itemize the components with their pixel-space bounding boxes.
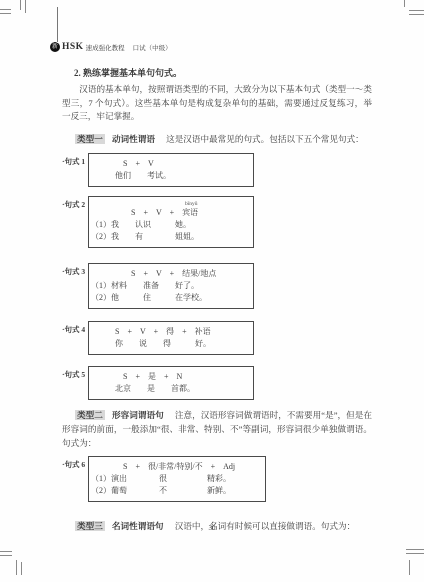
page-number: 30	[0, 524, 424, 532]
pattern-6: ·句式 6 S + 很/非常/特别/不 + Adj （1）演出 很 精彩。 （2…	[62, 456, 372, 502]
pattern-4-label: ·句式 4	[62, 321, 88, 335]
print-mark	[0, 13, 11, 14]
pattern-1: ·句式 1 S + V 他们 考试。	[62, 153, 372, 187]
type2-badge: 类型二	[75, 410, 105, 420]
pattern-3: ·句式 3 S + V + 结果/地点 （1）材料 准备 好了。 （2）他 住 …	[62, 263, 372, 309]
pattern-formula: S + V + 宾语	[91, 207, 251, 219]
pattern-example: （1）我 认识 她。	[91, 219, 251, 231]
pattern-example: 他们 考试。	[91, 170, 251, 182]
logo-title: HSK	[62, 42, 84, 52]
type2-paragraph: 类型二 形容词谓语句 注意，汉语形容词做谓语时，不需要用“是”，但是在形容词的前…	[62, 409, 372, 450]
print-mark	[25, 0, 26, 13]
pattern-formula: S + 是 + N	[91, 371, 251, 383]
intro-paragraph: 汉语的基本单句，按照谓语类型的不同，大致分为以下基本句式（类型一～类型三，7 个…	[62, 83, 372, 124]
pattern-3-label: ·句式 3	[62, 263, 88, 277]
pattern-formula: S + V + 结果/地点	[91, 268, 251, 280]
print-mark	[409, 10, 424, 11]
pattern-example: 你 说 得 好。	[91, 338, 251, 350]
print-mark	[406, 553, 424, 554]
page-content: 2. 熟练掌握基本单句句式。 汉语的基本单句，按照谓语类型的不同，大致分为以下基…	[62, 66, 372, 534]
print-mark	[21, 562, 22, 575]
type1-title: 动词性谓语	[112, 134, 155, 144]
type2-description: 注意，汉语形容词做谓语时，不需要用“是”，但是在形容词的前面，一般添加“很、非常…	[62, 410, 372, 447]
logo-edition: 口试（中级）	[133, 43, 172, 52]
section-heading: 2. 熟练掌握基本单句句式。	[74, 66, 372, 79]
pattern-5: ·句式 5 S + 是 + N 北京 是 首都。	[62, 366, 372, 400]
print-mark	[404, 0, 405, 7]
pattern-5-label: ·句式 5	[62, 366, 88, 380]
page-header: 新 HSK 速成强化教程 口试（中级）	[50, 41, 172, 53]
print-mark	[0, 551, 12, 552]
pattern-example: （2）葡萄 不 新鲜。	[91, 485, 263, 497]
pattern-2-box: bīnyǔ S + V + 宾语 （1）我 认识 她。 （2）我 有 姐姐。	[88, 196, 254, 248]
pattern-6-label: ·句式 6	[62, 456, 88, 470]
pattern-2: ·句式 2 bīnyǔ S + V + 宾语 （1）我 认识 她。 （2）我 有…	[62, 196, 372, 248]
pattern-formula: S + V + 得 + 补语	[91, 326, 251, 338]
type1-badge: 类型一	[75, 134, 105, 144]
type2-title: 形容词谓语句	[112, 410, 164, 420]
print-mark	[406, 549, 424, 550]
pattern-6-box: S + 很/非常/特别/不 + Adj （1）演出 很 精彩。 （2）葡萄 不 …	[88, 456, 266, 502]
pattern-example: （1）演出 很 精彩。	[91, 473, 263, 485]
print-mark	[409, 560, 410, 575]
pattern-formula: S + 很/非常/特别/不 + Adj	[91, 461, 263, 473]
pattern-4-box: S + V + 得 + 补语 你 说 得 好。	[88, 321, 254, 355]
pattern-3-box: S + V + 结果/地点 （1）材料 准备 好了。 （2）他 住 在学校。	[88, 263, 254, 309]
pattern-4: ·句式 4 S + V + 得 + 补语 你 说 得 好。	[62, 321, 372, 355]
pattern-example: （2）他 住 在学校。	[91, 292, 251, 304]
print-mark	[20, 0, 21, 10]
pattern-example: （2）我 有 姐姐。	[91, 231, 251, 243]
book-page: 新 HSK 速成强化教程 口试（中级） 2. 熟练掌握基本单句句式。 汉语的基本…	[0, 0, 424, 582]
pattern-5-box: S + 是 + N 北京 是 首都。	[88, 366, 254, 400]
pattern-example: （1）材料 准备 好了。	[91, 280, 251, 292]
pattern-1-box: S + V 他们 考试。	[88, 153, 254, 187]
type1-paragraph: 类型一 动词性谓语 这是汉语中最常见的句式。包括以下五个常见句式：	[62, 133, 372, 147]
pattern-formula: S + V	[91, 158, 251, 170]
guide-line	[57, 7, 58, 42]
type1-description: 这是汉语中最常见的句式。包括以下五个常见句式：	[166, 134, 364, 144]
print-mark	[0, 9, 11, 10]
pattern-1-label: ·句式 1	[62, 153, 88, 167]
hsk-logo-icon: 新	[50, 42, 60, 52]
print-mark	[0, 555, 12, 556]
logo-series: 速成强化教程	[86, 43, 125, 52]
print-mark	[16, 560, 17, 575]
pattern-2-label: ·句式 2	[62, 196, 88, 210]
pattern-example: 北京 是 首都。	[91, 383, 251, 395]
print-mark	[409, 14, 424, 15]
